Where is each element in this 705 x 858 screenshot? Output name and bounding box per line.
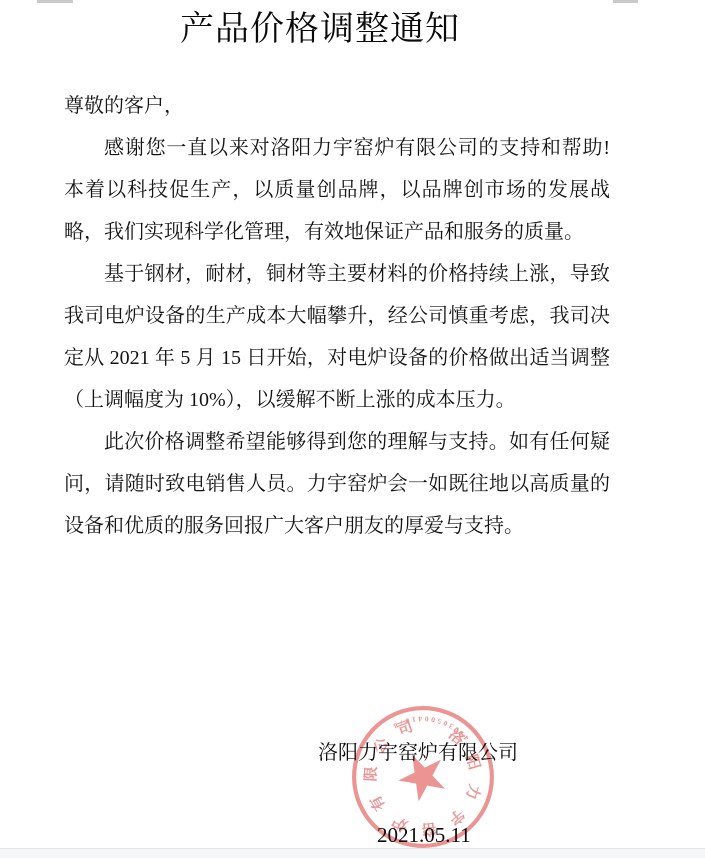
top-right-edge-fragment	[613, 0, 638, 3]
svg-text:0: 0	[430, 715, 436, 725]
svg-text:1: 1	[411, 715, 416, 725]
salutation: 尊敬的客户，	[64, 85, 610, 127]
svg-text:0: 0	[442, 718, 449, 728]
document-title: 产品价格调整通知	[47, 1, 593, 50]
viewport-bottom-bar	[0, 848, 705, 858]
paragraph-3: 此次价格调整希望能够得到您的理解与支持。如有任何疑问，请随时致电销售人员。力宇窑…	[64, 421, 610, 547]
svg-text:阳: 阳	[462, 752, 484, 772]
svg-text:5: 5	[436, 716, 442, 726]
svg-text:限: 限	[361, 766, 380, 782]
document-body: 尊敬的客户， 感谢您一直以来对洛阳力宇窑炉有限公司的支持和帮助!本着以科技促生产…	[64, 85, 610, 547]
svg-text:力: 力	[462, 782, 483, 801]
seal-code-arc-text: 4103050041978	[391, 708, 474, 743]
paragraph-2: 基于钢材，耐材，铜材等主要材料的价格持续上涨，导致我司电炉设备的生产成本大幅攀升…	[64, 253, 610, 421]
svg-text:有: 有	[366, 792, 389, 814]
document-page: 产品价格调整通知 尊敬的客户， 感谢您一直以来对洛阳力宇窑炉有限公司的支持和帮助…	[0, 0, 705, 858]
svg-text:4: 4	[418, 714, 422, 723]
svg-text:0: 0	[424, 714, 429, 723]
seal-star-icon	[395, 753, 449, 806]
signature-date: 2021.05.11	[377, 823, 471, 848]
svg-text:公: 公	[370, 735, 393, 757]
paragraph-1: 感谢您一直以来对洛阳力宇窑炉有限公司的支持和帮助!本着以科技促生产，以质量创品牌…	[64, 127, 610, 253]
